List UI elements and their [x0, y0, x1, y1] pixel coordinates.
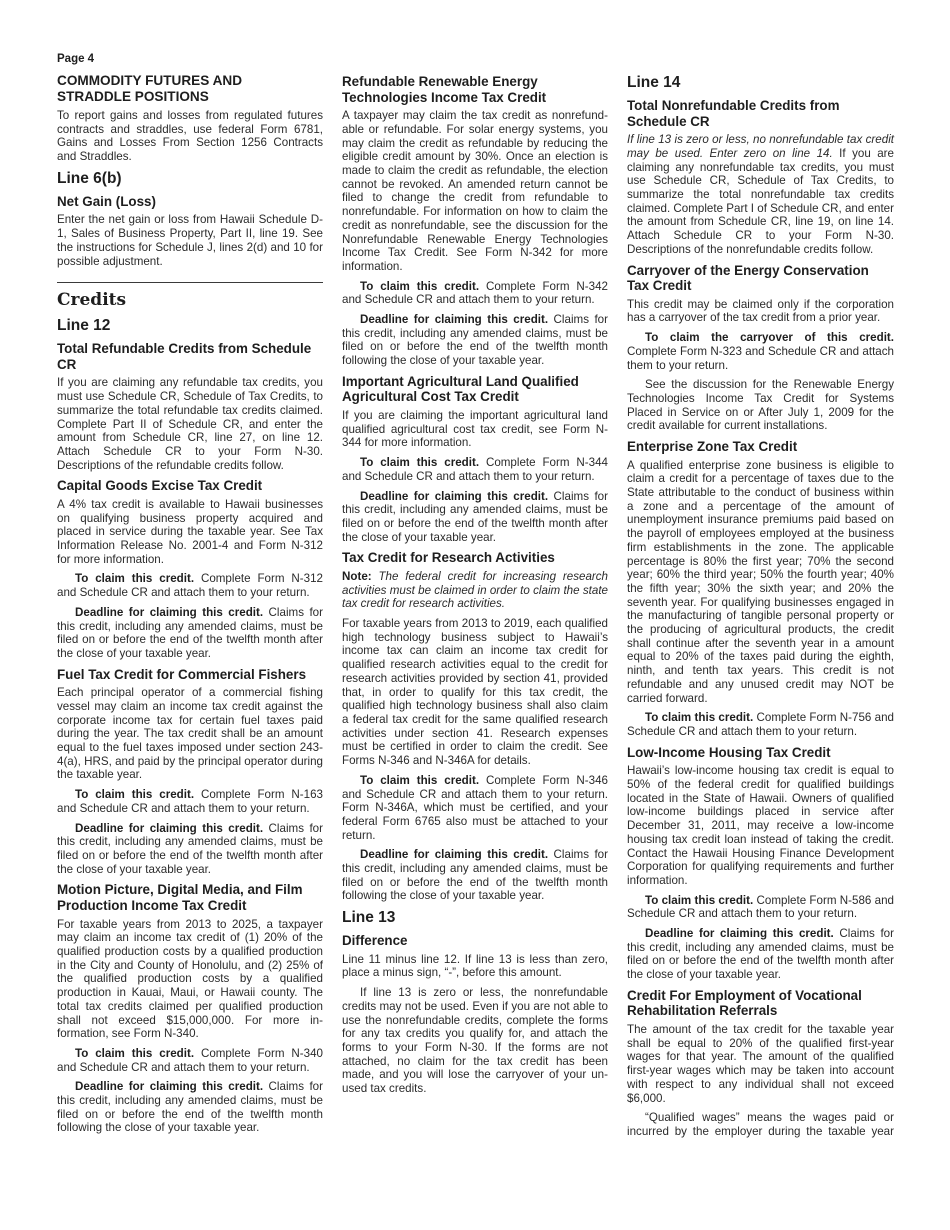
vocational-rehab-body-1: The amount of the tax credit for the tax… — [627, 1023, 894, 1105]
fuel-tax-deadline: Deadline for claiming this credit. Claim… — [57, 822, 323, 877]
enterprise-zone-heading: Enterprise Zone Tax Credit — [627, 439, 894, 455]
section-low-income-housing-credit: Low-Income Housing Tax Credit Hawaii’s l… — [627, 745, 894, 982]
motion-picture-body: For taxable years from 2013 to 2025, a t… — [57, 918, 323, 1041]
column-1: COMMODITY FUTURES AND STRADDLE POSITIONS… — [57, 73, 323, 1141]
capital-goods-body: A 4% tax credit is available to Hawaii b… — [57, 498, 323, 567]
agricultural-deadline: Deadline for claiming this credit. Claim… — [342, 490, 608, 545]
renewable-energy-body: A taxpayer may claim the tax credit as n… — [342, 109, 608, 273]
commodity-futures-body: To report gains and losses from regulate… — [57, 109, 323, 164]
section-fuel-tax-credit: Fuel Tax Credit for Commercial Fishers E… — [57, 667, 323, 877]
commodity-futures-heading: COMMODITY FUTURES AND STRADDLE POSITIONS — [57, 73, 323, 105]
line-6b-body: Enter the net gain or loss from Hawaii S… — [57, 213, 323, 268]
energy-conservation-see: See the discussion for the Renewable Ene… — [627, 378, 894, 433]
capital-goods-heading: Capital Goods Excise Tax Credit — [57, 478, 323, 494]
vocational-rehab-body-2: “Qualified wages” means the wages paid o… — [627, 1111, 894, 1138]
line-13-body-2: If line 13 is zero or less, the nonrefun… — [342, 986, 608, 1096]
section-line-14: Line 14 Total Nonrefundable Credits from… — [627, 74, 894, 257]
section-commodity-futures: COMMODITY FUTURES AND STRADDLE POSITIONS… — [57, 73, 323, 164]
section-renewable-energy-credit: Refundable Renewable Energy Technologies… — [342, 74, 608, 368]
column-2: Refundable Renewable Energy Technologies… — [342, 74, 608, 1102]
line-13-body-1: Line 11 minus line 12. If line 13 is les… — [342, 953, 608, 980]
section-motion-picture-credit: Motion Picture, Digital Media, and Film … — [57, 882, 323, 1135]
credits-section-title: Credits — [57, 289, 323, 311]
renewable-energy-claim: To claim this credit. Complete Form N-34… — [342, 280, 608, 307]
line-6b-heading: Line 6(b) — [57, 170, 323, 188]
line-12-body: If you are claiming any refundable tax c… — [57, 376, 323, 472]
section-energy-conservation-credit: Carryover of the Energy Conservation Tax… — [627, 263, 894, 434]
motion-picture-deadline: Deadline for claiming this credit. Claim… — [57, 1080, 323, 1135]
capital-goods-claim: To claim this credit. Complete Form N-31… — [57, 572, 323, 599]
section-line-6b: Line 6(b) Net Gain (Loss) Enter the net … — [57, 170, 323, 268]
agricultural-claim: To claim this credit. Complete Form N-34… — [342, 456, 608, 483]
low-income-housing-body: Hawaii’s low-income housing tax credit i… — [627, 764, 894, 887]
research-claim: To claim this credit. Complete Form N-34… — [342, 774, 608, 843]
enterprise-zone-body: A qualified enterprise zone business is … — [627, 459, 894, 706]
energy-conservation-claim: To claim the carryover of this credit. C… — [627, 331, 894, 372]
renewable-energy-deadline: Deadline for claiming this credit. Claim… — [342, 313, 608, 368]
section-research-credit: Tax Credit for Research Activities Note:… — [342, 550, 608, 903]
line-14-heading: Line 14 — [627, 74, 894, 92]
fuel-tax-claim: To claim this credit. Complete Form N-16… — [57, 788, 323, 815]
page-number: Page 4 — [57, 53, 94, 65]
section-line-13: Line 13 Difference Line 11 minus line 12… — [342, 909, 608, 1096]
energy-conservation-body: This credit may be claimed only if the c… — [627, 298, 894, 325]
section-agricultural-credit: Important Agricultural Land Qualified Ag… — [342, 374, 608, 545]
section-vocational-rehab-credit: Credit For Employment of Vocational Reha… — [627, 988, 894, 1139]
line-13-heading: Line 13 — [342, 909, 608, 927]
energy-conservation-heading: Carryover of the Energy Conservation Tax… — [627, 263, 894, 294]
enterprise-zone-claim: To claim this credit. Complete Form N-75… — [627, 711, 894, 738]
capital-goods-deadline: Deadline for claiming this credit. Claim… — [57, 606, 323, 661]
research-heading: Tax Credit for Research Activities — [342, 550, 608, 566]
low-income-housing-deadline: Deadline for claiming this credit. Claim… — [627, 927, 894, 982]
line-14-body: If line 13 is zero or less, no nonrefund… — [627, 133, 894, 256]
renewable-energy-heading: Refundable Renewable Energy Technologies… — [342, 74, 608, 105]
agricultural-heading: Important Agricultural Land Qualified Ag… — [342, 374, 608, 405]
section-line-12: Line 12 Total Refundable Credits from Sc… — [57, 317, 323, 472]
vocational-rehab-heading: Credit For Employment of Vocational Reha… — [627, 988, 894, 1019]
research-note: Note: The federal credit for increasing … — [342, 570, 608, 611]
agricultural-body: If you are claiming the important agricu… — [342, 409, 608, 450]
low-income-housing-claim: To claim this credit. Complete Form N-58… — [627, 894, 894, 921]
fuel-tax-body: Each principal operator of a commercial … — [57, 686, 323, 782]
net-gain-loss-heading: Net Gain (Loss) — [57, 194, 323, 210]
column-3: Line 14 Total Nonrefundable Credits from… — [627, 74, 894, 1145]
total-refundable-credits-heading: Total Refundable Credits from Schedule C… — [57, 341, 323, 372]
low-income-housing-heading: Low-Income Housing Tax Credit — [627, 745, 894, 761]
section-capital-goods-credit: Capital Goods Excise Tax Credit A 4% tax… — [57, 478, 323, 660]
section-enterprise-zone-credit: Enterprise Zone Tax Credit A qualified e… — [627, 439, 894, 739]
motion-picture-heading: Motion Picture, Digital Media, and Film … — [57, 882, 323, 913]
research-deadline: Deadline for claiming this credit. Claim… — [342, 848, 608, 903]
total-nonrefundable-credits-heading: Total Nonrefundable Credits from Schedul… — [627, 98, 894, 129]
motion-picture-claim: To claim this credit. Complete Form N-34… — [57, 1047, 323, 1074]
fuel-tax-heading: Fuel Tax Credit for Commercial Fishers — [57, 667, 323, 683]
difference-heading: Difference — [342, 933, 608, 949]
section-divider — [57, 282, 323, 283]
research-body: For taxable years from 2013 to 2019, eac… — [342, 617, 608, 768]
line-12-heading: Line 12 — [57, 317, 323, 335]
